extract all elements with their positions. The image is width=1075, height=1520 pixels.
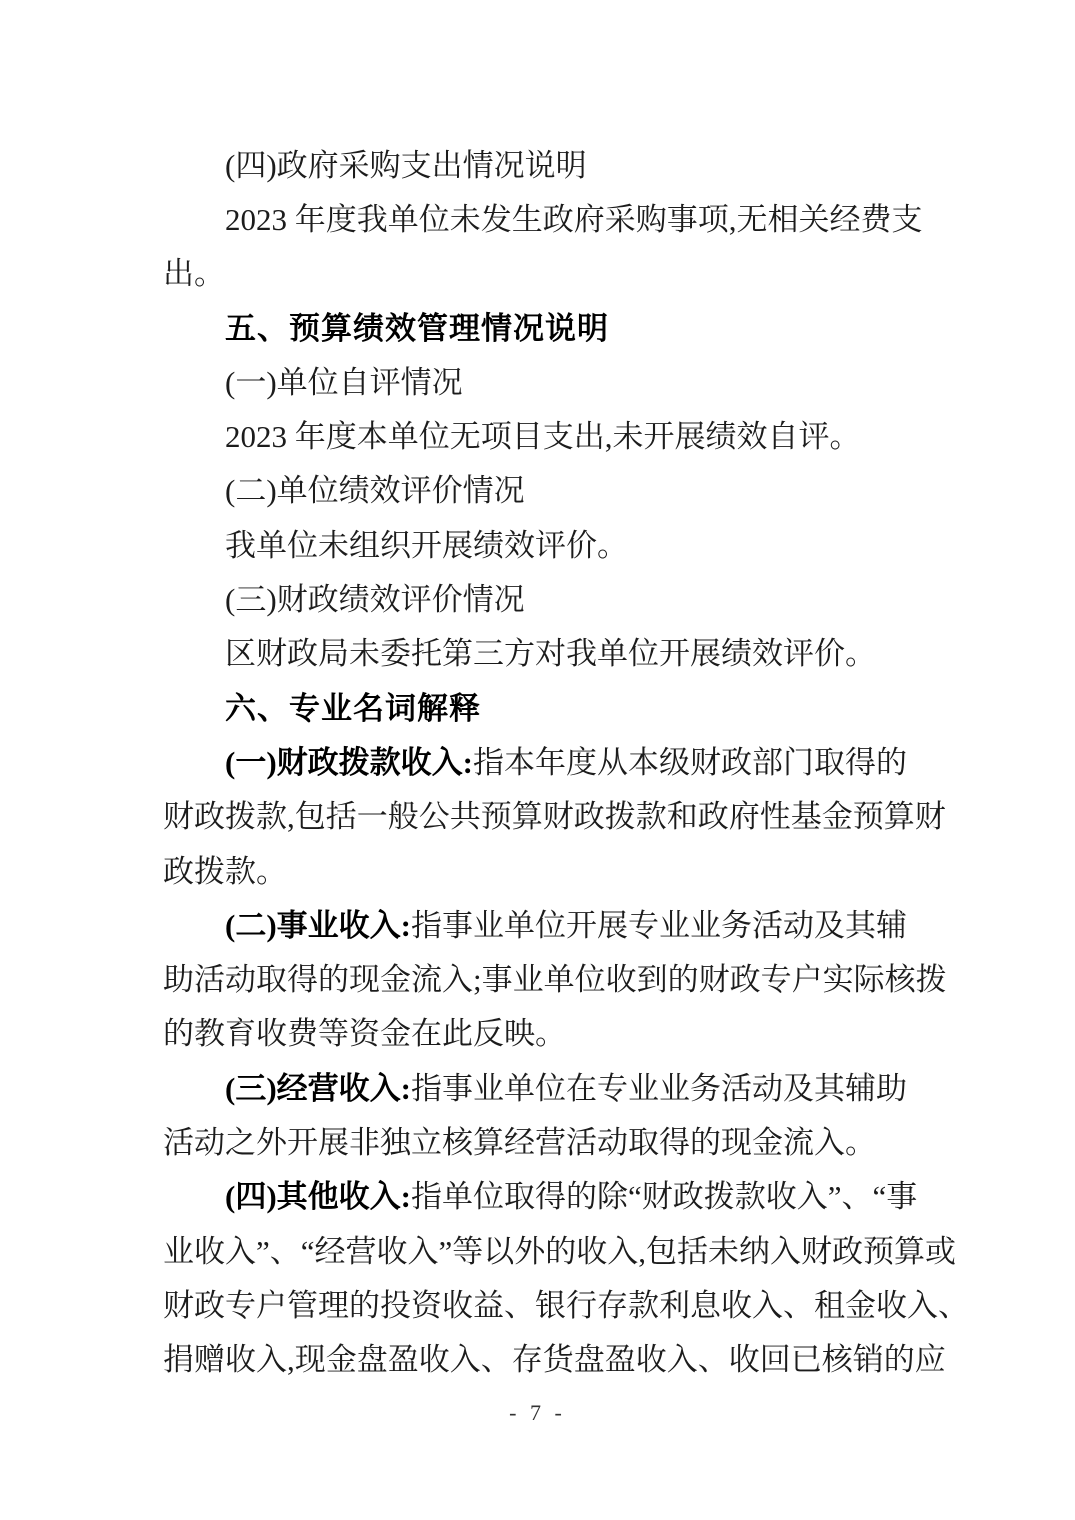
text-segment: (二)单位绩效评价情况 <box>225 465 525 510</box>
text-segment: 我单位未组织开展绩效评价。 <box>225 520 628 565</box>
text-line: 五、预算绩效管理情况说明 <box>163 298 1023 352</box>
text-segment: 指事业单位在专业业务活动及其辅助 <box>411 1063 907 1108</box>
text-segment: 活动之外开展非独立核算经营活动取得的现金流入。 <box>163 1117 876 1162</box>
text-segment: 业收入”、“经营收入”等以外的收入,包括未纳入财政预算或 <box>163 1226 956 1271</box>
text-segment: 指本年度从本级财政部门取得的 <box>473 737 907 782</box>
term-label: (二)事业收入: <box>225 900 411 945</box>
term-label: (一)财政拨款收入: <box>225 737 473 782</box>
text-line: 政拨款。 <box>163 841 1023 895</box>
text-segment: (一)单位自评情况 <box>225 357 463 402</box>
text-line: 我单位未组织开展绩效评价。 <box>163 515 1023 569</box>
text-line: (四)政府采购支出情况说明 <box>163 135 1023 189</box>
text-line: 活动之外开展非独立核算经营活动取得的现金流入。 <box>163 1112 1023 1166</box>
text-line: 财政专户管理的投资收益、银行存款利息收入、租金收入、 <box>163 1275 1023 1329</box>
text-line: (三)财政绩效评价情况 <box>163 569 1023 623</box>
text-segment: 的教育收费等资金在此反映。 <box>163 1008 566 1053</box>
text-line: (二)单位绩效评价情况 <box>163 461 1023 515</box>
text-line: 六、专业名词解释 <box>163 678 1023 732</box>
section-heading: 五、预算绩效管理情况说明 <box>225 303 609 348</box>
text-segment: 区财政局未委托第三方对我单位开展绩效评价。 <box>225 628 876 673</box>
document-page: (四)政府采购支出情况说明2023 年度我单位未发生政府采购事项,无相关经费支出… <box>0 0 1075 1520</box>
text-line: 财政拨款,包括一般公共预算财政拨款和政府性基金预算财 <box>163 787 1023 841</box>
text-segment: 财政专户管理的投资收益、银行存款利息收入、租金收入、 <box>163 1280 969 1325</box>
text-segment: 助活动取得的现金流入;事业单位收到的财政专户实际核拨 <box>163 954 947 999</box>
text-segment: 指单位取得的除“财政拨款收入”、“事 <box>411 1171 917 1216</box>
text-line: 出。 <box>163 244 1023 298</box>
text-line: (四)其他收入:指单位取得的除“财政拨款收入”、“事 <box>163 1167 1023 1221</box>
term-label: (三)经营收入: <box>225 1063 411 1108</box>
text-line: 区财政局未委托第三方对我单位开展绩效评价。 <box>163 624 1023 678</box>
text-line: 捐赠收入,现金盘盈收入、存货盘盈收入、收回已核销的应 <box>163 1330 1023 1384</box>
text-segment: (四)政府采购支出情况说明 <box>225 140 587 185</box>
term-label: (四)其他收入: <box>225 1171 411 1216</box>
text-segment: 指事业单位开展专业业务活动及其辅 <box>411 900 907 945</box>
text-line: (一)财政拨款收入:指本年度从本级财政部门取得的 <box>163 732 1023 786</box>
text-segment: 财政拨款,包括一般公共预算财政拨款和政府性基金预算财 <box>163 791 946 836</box>
text-segment: 2023 年度我单位未发生政府采购事项,无相关经费支 <box>225 194 923 239</box>
text-line: (一)单位自评情况 <box>163 352 1023 406</box>
document-body: (四)政府采购支出情况说明2023 年度我单位未发生政府采购事项,无相关经费支出… <box>163 135 1023 1384</box>
text-line: 业收入”、“经营收入”等以外的收入,包括未纳入财政预算或 <box>163 1221 1023 1275</box>
text-segment: (三)财政绩效评价情况 <box>225 574 525 619</box>
section-heading: 六、专业名词解释 <box>225 683 481 728</box>
text-line: (二)事业收入:指事业单位开展专业业务活动及其辅 <box>163 895 1023 949</box>
text-segment: 政拨款。 <box>163 846 287 891</box>
text-segment: 出。 <box>163 248 225 293</box>
text-line: 2023 年度我单位未发生政府采购事项,无相关经费支 <box>163 189 1023 243</box>
text-line: 助活动取得的现金流入;事业单位收到的财政专户实际核拨 <box>163 949 1023 1003</box>
text-line: 2023 年度本单位无项目支出,未开展绩效自评。 <box>163 406 1023 460</box>
text-segment: 2023 年度本单位无项目支出,未开展绩效自评。 <box>225 411 861 456</box>
text-segment: 捐赠收入,现金盘盈收入、存货盘盈收入、收回已核销的应 <box>163 1334 946 1379</box>
text-line: (三)经营收入:指事业单位在专业业务活动及其辅助 <box>163 1058 1023 1112</box>
text-line: 的教育收费等资金在此反映。 <box>163 1004 1023 1058</box>
page-number: - 7 - <box>0 1400 1075 1426</box>
